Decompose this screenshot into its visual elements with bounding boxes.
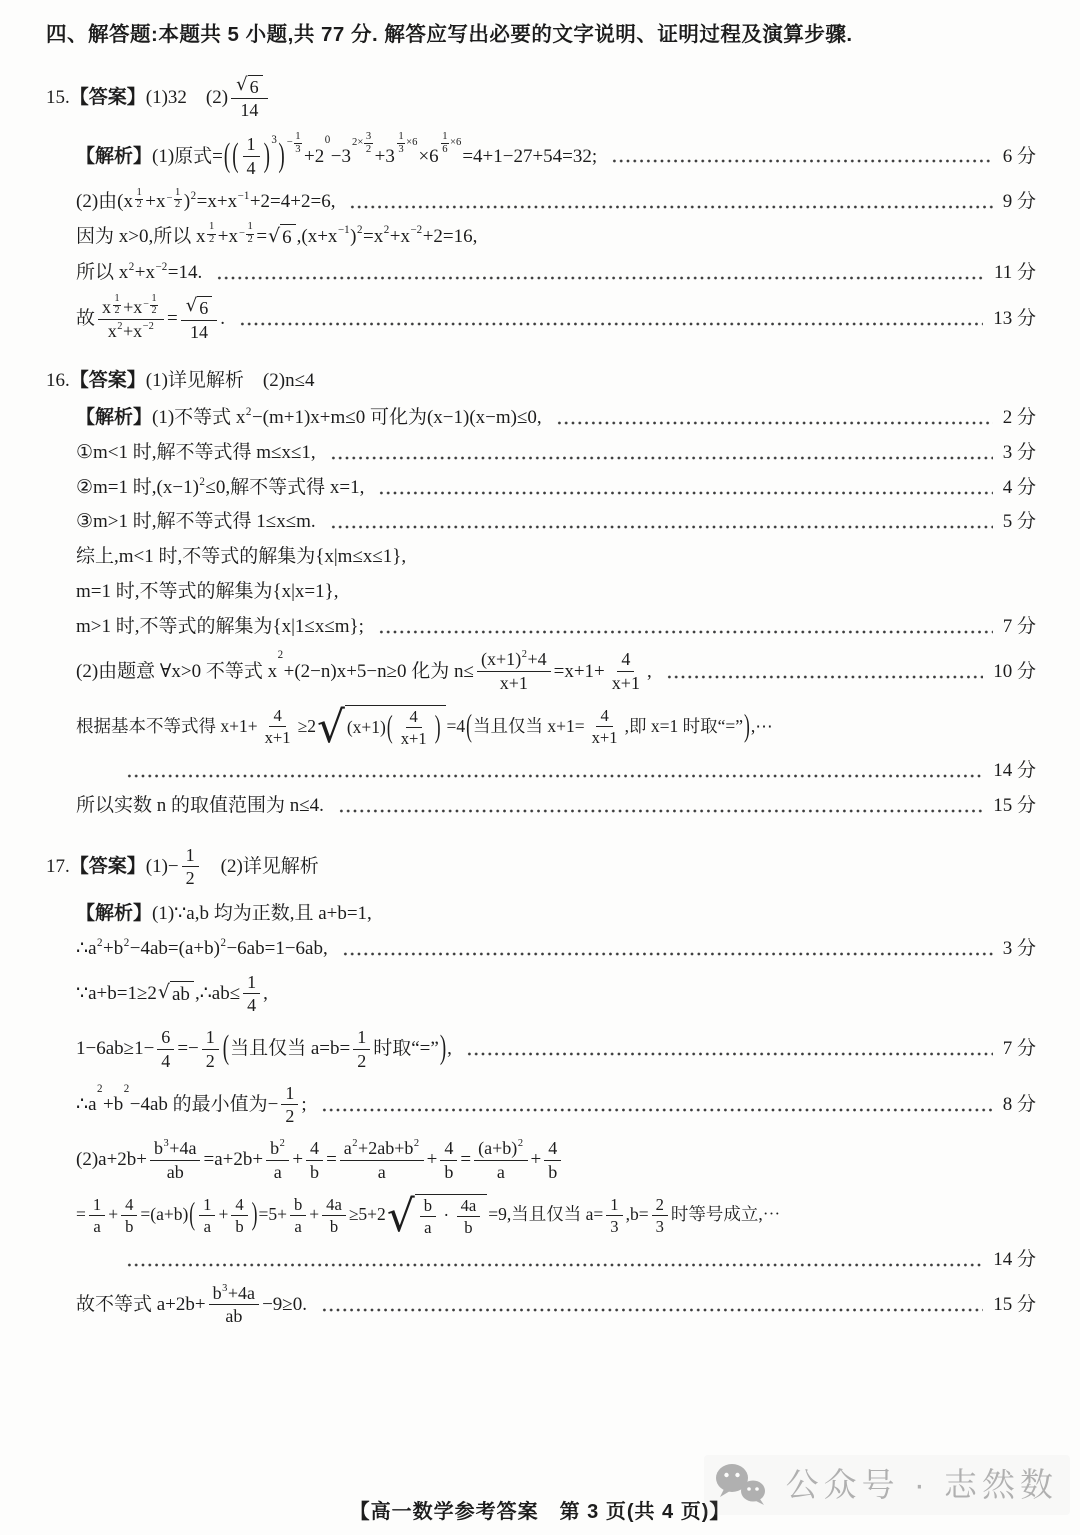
- denominator: a: [290, 1216, 305, 1236]
- line-content: ②m=1 时,(x−1)2≤0,解不等式得 x=1,: [76, 476, 364, 500]
- big-paren: ): [744, 707, 750, 746]
- q16-sol-case3: ③m>1 时,解不等式得 1≤x≤m.5 分: [76, 510, 1036, 534]
- score-label: 6 分: [1003, 145, 1036, 169]
- line-content: ∵a+b=1≥2√ab,∴ab≤14,: [76, 972, 268, 1017]
- q16-sol-summary3: m>1 时,不等式的解集为{x|1≤x≤m};7 分: [76, 615, 1036, 639]
- superscript-fraction: 12: [134, 188, 144, 211]
- superscript: −1: [338, 224, 350, 236]
- text: ≥5+2: [349, 1204, 386, 1226]
- text: b: [154, 1138, 163, 1159]
- numerator: b: [290, 1195, 306, 1216]
- big-paren: ): [252, 1196, 258, 1235]
- dot-leader: [321, 1106, 993, 1114]
- text: −4ab 的最小值为−: [130, 1093, 279, 1117]
- score-label: 14 分: [993, 759, 1036, 783]
- denominator: a: [89, 1216, 104, 1236]
- sup-pre: −: [167, 194, 173, 205]
- text: +x: [145, 190, 165, 214]
- text: ,⋯: [751, 716, 773, 738]
- bold-text: 【解析】: [76, 145, 152, 169]
- text: +b: [103, 1093, 123, 1117]
- text: ): [184, 190, 190, 214]
- line-content: (2)由(x12+x−12)2=x+x−1+2=4+2=6,: [76, 190, 335, 214]
- numerator: x12+x−12: [98, 296, 164, 320]
- dot-leader: [126, 772, 983, 780]
- section-header: 四、解答题:本题共 5 小题,共 77 分. 解答应写出必要的文字说明、证明过程…: [46, 22, 1036, 48]
- numerator: 4: [231, 1195, 247, 1216]
- fraction: b3+4aab: [209, 1283, 259, 1328]
- text: =5+: [258, 1204, 287, 1226]
- text: +b: [103, 937, 123, 961]
- text: −6ab=1−6ab,: [226, 937, 327, 961]
- text: =x: [363, 225, 383, 249]
- line-content: 综上,m<1 时,不等式的解集为{x|m≤x≤1},: [76, 545, 406, 569]
- radical: √6: [186, 296, 213, 319]
- fraction: (x+1)2+4x+1: [477, 649, 551, 694]
- radical-sign: √: [186, 297, 198, 315]
- text: 当且仅当 x+1=: [473, 716, 585, 738]
- score-label: 5 分: [1003, 510, 1036, 534]
- line-content: ③m>1 时,解不等式得 1≤x≤m.: [76, 510, 316, 534]
- superscript-fraction: −12: [143, 294, 159, 316]
- numerator: 1: [397, 132, 405, 144]
- dot-leader: [611, 157, 993, 165]
- big-paren: ): [278, 135, 284, 178]
- tiny-fraction: 16: [441, 132, 449, 155]
- superscript: 2: [124, 1083, 130, 1095]
- numerator: 1: [89, 1195, 105, 1216]
- line-content: 【解析】(1)∵a,b 均为正数,且 a+b=1,: [76, 902, 372, 926]
- fraction: ba: [290, 1195, 306, 1236]
- text: +: [531, 1148, 542, 1172]
- denominator: b: [460, 1217, 476, 1237]
- answers-body: 15.【答案】(1)32 (2)√614【解析】(1)原式=((14)3)−13…: [46, 75, 1036, 1327]
- text: +2: [304, 145, 324, 169]
- superscript: 0: [325, 134, 331, 146]
- line-content: 15.【答案】(1)32 (2)√614: [46, 75, 271, 122]
- text: +2=4+2=6,: [250, 190, 336, 214]
- bold-text: 【答案】: [70, 369, 146, 393]
- sup-pre: 2×: [352, 138, 363, 149]
- tiny-fraction: 12: [174, 188, 182, 211]
- denominator: x+1: [496, 672, 532, 694]
- text: ①m<1 时,解不等式得 m≤x≤1,: [76, 441, 316, 465]
- superscript: 3: [271, 134, 277, 146]
- fraction: 4ab: [322, 1195, 346, 1236]
- numerator: 4: [440, 1138, 457, 1161]
- text: 故: [76, 307, 95, 331]
- line-content: ∴a2+b2−4ab 的最小值为−12;: [76, 1083, 307, 1128]
- text: 时取“=”: [373, 1037, 439, 1061]
- radical-sign: √: [236, 76, 248, 94]
- superscript: 3: [222, 1283, 227, 1294]
- denominator: a: [270, 1161, 286, 1183]
- radical: √6: [236, 75, 263, 98]
- denominator: 3: [295, 144, 300, 155]
- fraction: a2+2ab+b2a: [340, 1138, 424, 1183]
- sup-post: ×6: [406, 138, 417, 149]
- q15-sol-step4: 所以 x2+x−2=14.11 分: [76, 261, 1036, 285]
- fraction: 4x+1: [608, 649, 644, 694]
- watermark-text: 公众号 · 志然数: [786, 1464, 1058, 1505]
- dot-leader: [330, 523, 993, 531]
- text: =: [76, 1204, 86, 1226]
- dot-leader: [556, 419, 993, 427]
- score-label: 14 分: [993, 1248, 1036, 1272]
- text: (1)∵a,b 均为正数,且 a+b=1,: [152, 902, 372, 926]
- radical-sign: √: [158, 983, 170, 1002]
- numerator: b3+4a: [150, 1138, 200, 1161]
- superscript-fraction: 12: [112, 294, 122, 316]
- fraction: 4x+1: [261, 706, 295, 747]
- tiny-fraction: 12: [135, 188, 143, 211]
- text: ,即 x=1 时取“=”: [625, 716, 743, 738]
- radicand: 6: [280, 224, 296, 250]
- numerator: 4: [306, 1138, 323, 1161]
- fraction: 12: [281, 1083, 298, 1128]
- dot-leader: [216, 274, 984, 282]
- fraction: 13: [606, 1195, 622, 1236]
- big-paren: (: [387, 708, 393, 747]
- radical-sign: √: [317, 710, 345, 745]
- radical: √6: [268, 224, 296, 250]
- text: a: [344, 1138, 352, 1159]
- text: +2ab+b: [358, 1138, 413, 1159]
- q16-sol-case2: ②m=1 时,(x−1)2≤0,解不等式得 x=1,4 分: [76, 476, 1036, 500]
- numerator: 1: [135, 188, 143, 200]
- text: +: [292, 1148, 303, 1172]
- denominator: x+1: [261, 727, 295, 747]
- text: 故不等式 a+2b+: [76, 1293, 206, 1317]
- text: =: [256, 225, 267, 249]
- text: ;: [301, 1093, 306, 1117]
- denominator: b: [121, 1216, 137, 1236]
- text: +: [108, 1204, 118, 1226]
- dot-leader: [466, 1050, 993, 1058]
- denominator: 3: [606, 1216, 622, 1236]
- text: .: [220, 307, 225, 331]
- numerator: √6: [231, 75, 268, 100]
- answer-sheet-page: 四、解答题:本题共 5 小题,共 77 分. 解答应写出必要的文字说明、证明过程…: [0, 0, 1080, 1327]
- q15-sol-step5: 故x12+x−12x2+x−2=√614.13 分: [76, 296, 1036, 343]
- numerator: b: [420, 1196, 436, 1217]
- text: =x+1+: [554, 660, 605, 684]
- line-content: 根据基本不等式得 x+1+4x+1≥2√(x+1)(4x+1)=4(当且仅当 x…: [76, 705, 773, 748]
- text: =−: [177, 1037, 198, 1061]
- dot-leader: [378, 628, 993, 636]
- text: =a+2b+: [203, 1148, 263, 1172]
- q16-sol-amgm: 根据基本不等式得 x+1+4x+1≥2√(x+1)(4x+1)=4(当且仅当 x…: [76, 705, 1036, 748]
- denominator: 4: [157, 1050, 174, 1072]
- q16-sol-summary1: 综上,m<1 时,不等式的解集为{x|m≤x≤1},: [76, 545, 1036, 569]
- numerator: √6: [181, 296, 218, 321]
- dot-leader: [349, 203, 992, 211]
- text: +: [218, 1204, 228, 1226]
- denominator: 2: [353, 1050, 370, 1072]
- fraction: b3+4aab: [150, 1138, 200, 1183]
- q17-final: 故不等式 a+2b+b3+4aab−9≥0.15 分: [76, 1283, 1036, 1328]
- text: (a+b): [478, 1138, 517, 1159]
- fraction: √614: [181, 296, 218, 343]
- fraction: 4b: [121, 1195, 137, 1236]
- fraction: 12: [353, 1027, 370, 1072]
- numerator: 1: [281, 1083, 298, 1106]
- text: ③m>1 时,解不等式得 1≤x≤m.: [76, 510, 316, 534]
- score-label: 9 分: [1003, 190, 1036, 214]
- tiny-fraction: 12: [113, 294, 121, 316]
- watermark: 公众号 · 志然数: [704, 1455, 1070, 1515]
- fraction: 1a: [89, 1195, 105, 1236]
- fraction: b2a: [266, 1138, 289, 1183]
- text: =: [460, 1148, 471, 1172]
- superscript: 2: [199, 476, 205, 488]
- line-content: 1−6ab≥1−64=−12(当且仅当 a=b=12时取“=”),: [76, 1027, 452, 1072]
- big-paren: (: [189, 1196, 195, 1235]
- denominator: 14: [236, 99, 262, 121]
- q16-sol-step1: 【解析】(1)不等式 x2−(m+1)x+m≤0 可化为(x−1)(x−m)≤0…: [76, 406, 1036, 430]
- q17-sol-step2: ∴a2+b2−4ab=(a+b)2−6ab=1−6ab,3 分: [76, 937, 1036, 961]
- text: (x+1): [481, 649, 521, 670]
- denominator: b: [326, 1216, 342, 1236]
- score-label: 4 分: [1003, 476, 1036, 500]
- denominator: 3: [652, 1216, 668, 1236]
- superscript: 2: [246, 406, 252, 418]
- q15-sol-step1: 【解析】(1)原式=((14)3)−13+20−32×32+313×6×616×…: [76, 134, 1036, 179]
- text: ,b=: [626, 1204, 649, 1226]
- numerator: 1: [202, 1027, 219, 1050]
- denominator: 4: [243, 157, 260, 179]
- superscript: 2: [518, 1138, 523, 1149]
- big-paren: (: [466, 707, 472, 746]
- text: b: [270, 1138, 279, 1159]
- fraction: 14: [243, 972, 260, 1017]
- q15-sol-step3: 因为 x>0,所以 x12+x−12=√6,(x+x−1)2=x2+x−2+2=…: [76, 224, 1036, 250]
- line-content: 故x12+x−12x2+x−2=√614.: [76, 296, 225, 343]
- q15-sol-step2: (2)由(x12+x−12)2=x+x−1+2=4+2=6,9 分: [76, 190, 1036, 214]
- text: (2)由题意 ∀x>0 不等式 x: [76, 660, 277, 684]
- q17-part2-line2: =1a+4b=(a+b)(1a+4b)=5+ba+4ab≥5+2√ba · 4a…: [76, 1194, 1036, 1237]
- text: =(a+b): [140, 1204, 188, 1226]
- text: 6: [199, 298, 208, 319]
- fraction: 4b: [544, 1138, 561, 1183]
- radical: √(x+1)(4x+1): [317, 705, 446, 748]
- fraction: ba: [420, 1196, 436, 1237]
- score-label: 3 分: [1003, 441, 1036, 465]
- score-label: 10 分: [993, 660, 1036, 684]
- text: ,: [647, 660, 652, 684]
- text: (2)a+2b+: [76, 1148, 147, 1172]
- text: +x: [123, 297, 142, 318]
- numerator: 1: [182, 845, 199, 868]
- text: ·: [439, 1205, 454, 1227]
- line-content: 【解析】(1)原式=((14)3)−13+20−32×32+313×6×616×…: [76, 134, 597, 179]
- superscript: 2: [280, 1138, 285, 1149]
- numerator: 4: [617, 649, 634, 672]
- superscript-fraction: 2×32: [352, 132, 374, 155]
- denominator: 2: [209, 235, 214, 246]
- score-label: 8 分: [1003, 1093, 1036, 1117]
- line-content: ①m<1 时,解不等式得 m≤x≤1,: [76, 441, 316, 465]
- numerator: 3: [364, 132, 372, 144]
- radical: √ab: [158, 981, 194, 1007]
- text: 6: [282, 226, 292, 250]
- text: ,(x+x: [297, 225, 338, 249]
- denominator: 6: [442, 144, 447, 155]
- text: (2)由(x: [76, 190, 133, 214]
- radicand: ab: [170, 981, 194, 1007]
- text: 所以实数 n 的取值范围为 n≤4.: [76, 794, 324, 818]
- superscript: 2: [384, 224, 390, 236]
- denominator: x+1: [608, 672, 644, 694]
- text: +x: [135, 261, 155, 285]
- score-label: 11 分: [994, 261, 1036, 285]
- text: +(2−n)x+5−n≥0 化为 n≤: [284, 660, 474, 684]
- big-paren: ): [440, 1028, 446, 1071]
- big-paren: ): [264, 135, 270, 178]
- numerator: 2: [652, 1195, 668, 1216]
- superscript: 2: [278, 649, 284, 661]
- text: (x+1): [347, 717, 386, 739]
- text: ≥2: [298, 716, 316, 738]
- numerator: 1: [243, 972, 260, 995]
- fraction: 23: [652, 1195, 668, 1236]
- denominator: b: [544, 1161, 561, 1183]
- superscript: 2: [117, 321, 122, 332]
- q15-answer: 15.【答案】(1)32 (2)√614: [46, 75, 1036, 122]
- denominator: 2: [136, 200, 141, 211]
- numerator: 1: [606, 1195, 622, 1216]
- superscript: −1: [238, 190, 250, 202]
- text: +x: [218, 225, 238, 249]
- text: ,∴ab≤: [195, 982, 240, 1006]
- q17-answer: 17.【答案】(1)−12 (2)详见解析: [46, 845, 1036, 890]
- q16-sol-final: 所以实数 n 的取值范围为 n≤4.15 分: [76, 794, 1036, 818]
- line-content: 所以实数 n 的取值范围为 n≤4.: [76, 794, 324, 818]
- text: +3: [375, 145, 395, 169]
- superscript: 2: [522, 649, 527, 660]
- text: (1)−: [146, 855, 179, 879]
- text: +4a: [169, 1138, 196, 1159]
- text: 15.: [46, 86, 70, 110]
- numerator: 1: [294, 132, 302, 144]
- line-content: (2)由题意 ∀x>0 不等式 x2+(2−n)x+5−n≥0 化为 n≤(x+…: [76, 649, 652, 694]
- dot-leader: [321, 1306, 983, 1314]
- radicand: 6: [197, 296, 212, 319]
- superscript: 2: [352, 1138, 357, 1149]
- text: +4a: [228, 1283, 255, 1304]
- line-content: (2)a+2b+b3+4aab=a+2b+b2a+4b=a2+2ab+b2a+4…: [76, 1138, 564, 1183]
- superscript-fraction: −13: [287, 132, 303, 155]
- numerator: 4: [406, 707, 422, 728]
- denominator: 2: [175, 200, 180, 211]
- q17-leader-line: 14 分: [112, 1248, 1036, 1272]
- text: ∴a: [76, 1093, 97, 1117]
- text: m=1 时,不等式的解集为{x|x=1},: [76, 580, 339, 604]
- radicand: (x+1)(4x+1): [345, 705, 446, 748]
- tiny-fraction: 12: [246, 222, 254, 245]
- text: ∴a: [76, 937, 97, 961]
- numerator: 1: [174, 188, 182, 200]
- score-label: 3 分: [1003, 937, 1036, 961]
- superscript: 2: [220, 937, 226, 949]
- text: +: [427, 1148, 438, 1172]
- fraction: 4x+1: [588, 706, 622, 747]
- text: ×6: [418, 145, 438, 169]
- text: +: [309, 1204, 319, 1226]
- text: ,: [263, 982, 268, 1006]
- superscript: −2: [410, 224, 422, 236]
- text: b: [213, 1283, 222, 1304]
- fraction: 1a: [199, 1195, 215, 1236]
- score-label: 2 分: [1003, 406, 1036, 430]
- sup-pre: −: [143, 300, 149, 310]
- superscript: 2: [124, 937, 130, 949]
- text: 16.: [46, 369, 70, 393]
- superscript: 2: [97, 1083, 103, 1095]
- denominator: b: [306, 1161, 323, 1183]
- line-content: 16.【答案】(1)详见解析 (2)n≤4: [46, 369, 315, 393]
- superscript: 2: [129, 261, 135, 273]
- numerator: 1: [113, 294, 121, 306]
- text: (1)原式=: [152, 145, 223, 169]
- numerator: (x+1)2+4: [477, 649, 551, 672]
- superscript: 2: [191, 190, 197, 202]
- line-content: 因为 x>0,所以 x12+x−12=√6,(x+x−1)2=x2+x−2+2=…: [76, 224, 477, 250]
- text: (1)不等式 x: [152, 406, 245, 430]
- tiny-fraction: 13: [397, 132, 405, 155]
- line-content: m>1 时,不等式的解集为{x|1≤x≤m};: [76, 615, 364, 639]
- radical-sign: √: [268, 227, 280, 246]
- text: −(m+1)x+m≤0 可化为(x−1)(x−m)≤0,: [252, 406, 542, 430]
- dot-leader: [126, 1261, 983, 1269]
- text: 所以 x: [76, 261, 128, 285]
- numerator: 4a: [322, 1195, 346, 1216]
- line-content: m=1 时,不等式的解集为{x|x=1},: [76, 580, 339, 604]
- text: ): [350, 225, 356, 249]
- fraction: 4b: [306, 1138, 323, 1183]
- denominator: a: [374, 1161, 390, 1183]
- numerator: 1: [199, 1195, 215, 1216]
- text: 综上,m<1 时,不等式的解集为{x|m≤x≤1},: [76, 545, 406, 569]
- sup-post: ×6: [450, 138, 461, 149]
- bold-text: 【答案】: [70, 86, 146, 110]
- denominator: 4: [243, 994, 260, 1016]
- wechat-icon: [712, 1461, 770, 1509]
- fraction: 4b: [231, 1195, 247, 1236]
- text: 根据基本不等式得 x+1+: [76, 716, 258, 738]
- numerator: 1: [353, 1027, 370, 1050]
- denominator: b: [231, 1216, 247, 1236]
- denominator: a: [420, 1217, 435, 1237]
- text: (2)详见解析: [202, 855, 319, 879]
- superscript: −2: [143, 321, 154, 332]
- score-label: 15 分: [993, 1293, 1036, 1317]
- superscript: 3: [164, 1138, 169, 1149]
- q16-leader-line: 14 分: [112, 759, 1036, 783]
- superscript-fraction: 13×6: [396, 132, 418, 155]
- text: m>1 时,不等式的解集为{x|1≤x≤m};: [76, 615, 364, 639]
- text: x: [108, 321, 117, 342]
- text: ≤0,解不等式得 x=1,: [205, 476, 364, 500]
- dot-leader: [338, 807, 983, 815]
- text: =14.: [168, 261, 202, 285]
- text: 17.: [46, 855, 70, 879]
- text: ②m=1 时,(x−1): [76, 476, 199, 500]
- numerator: 4: [596, 706, 612, 727]
- line-content: 【解析】(1)不等式 x2−(m+1)x+m≤0 可化为(x−1)(x−m)≤0…: [76, 406, 542, 430]
- denominator: a: [200, 1216, 215, 1236]
- denominator: a: [493, 1161, 509, 1183]
